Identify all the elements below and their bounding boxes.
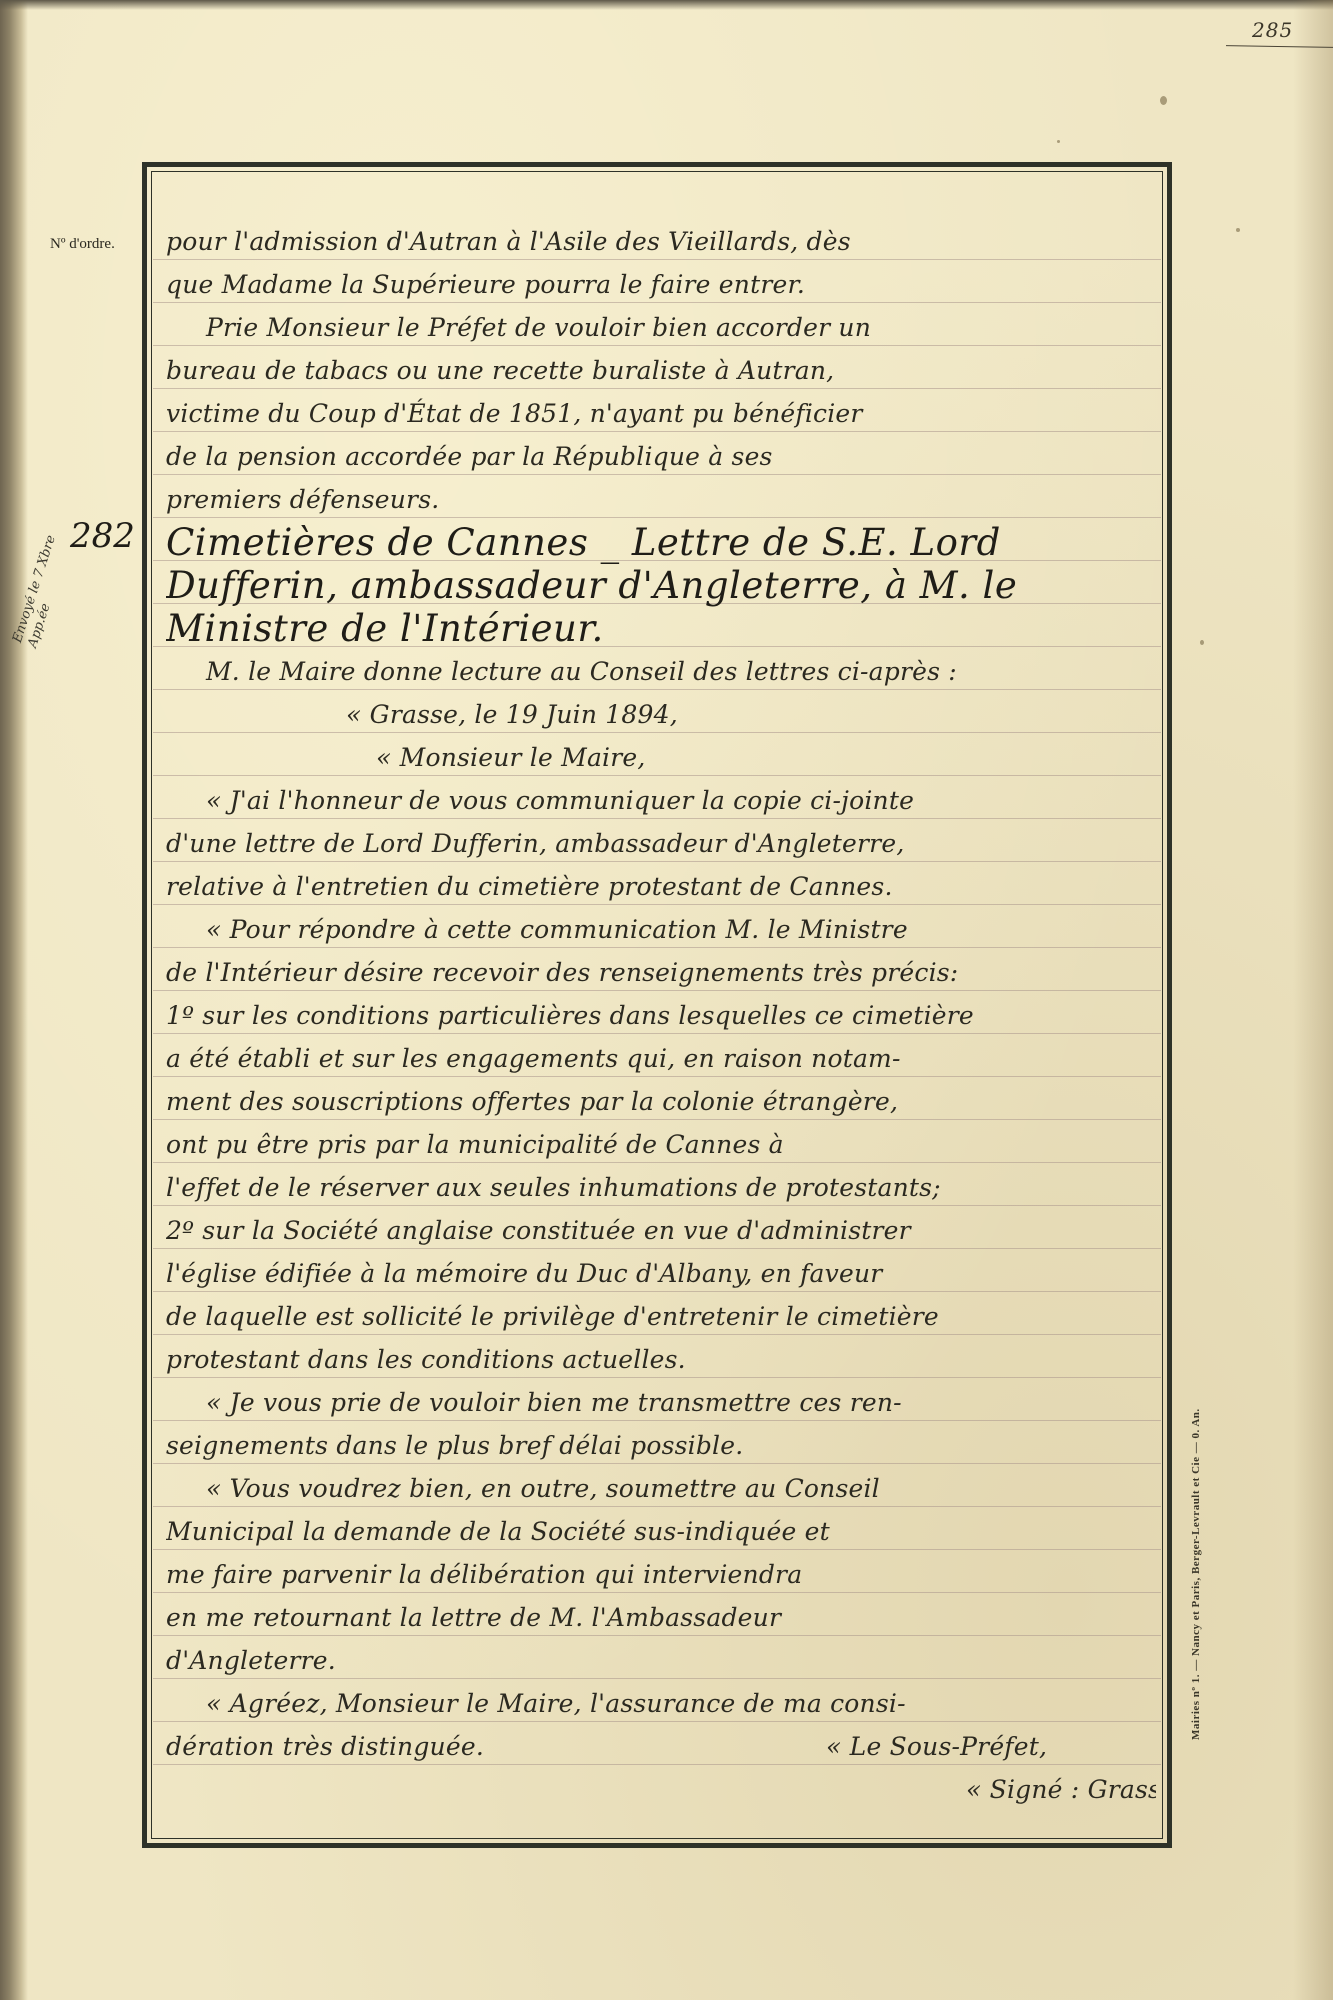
text-line: l'effet de le réserver aux seules inhuma… [166,1166,1156,1209]
text-line: d'Angleterre. [166,1639,1156,1682]
text-line: protestant dans les conditions actuelles… [166,1338,1156,1381]
text-line: Municipal la demande de la Société sus-i… [166,1510,1156,1553]
paper-speck [1200,640,1204,645]
printer-imprint: Mairies nº 1. — Nancy et Paris, Berger-L… [1190,1408,1202,1740]
text-line: en me retournant la lettre de M. l'Ambas… [166,1596,1156,1639]
text-line: me faire parvenir la délibération qui in… [166,1553,1156,1596]
page-top-edge [0,0,1333,10]
text-line: relative à l'entretien du cimetière prot… [166,865,1156,908]
signature-title: « Le Sous-Préfet, [826,1725,1047,1768]
entry-body: M. le Maire donne lecture au Conseil des… [166,650,1156,1811]
text-line: ment des souscriptions offertes par la c… [166,1080,1156,1123]
text-line: de laquelle est sollicité le privilège d… [166,1295,1156,1338]
binding-shadow [0,0,28,2000]
paper-speck [1160,96,1167,105]
signature: « Signé : Grassi. » [166,1768,1156,1811]
previous-entry-continuation: pour l'admission d'Autran à l'Asile des … [166,220,1156,521]
page-number: 285 [1252,18,1293,42]
letter-dateline: « Grasse, le 19 Juin 1894, [166,693,1156,736]
entry-title: Cimetières de Cannes _ Lettre de S.E. Lo… [166,521,1156,650]
closing-line: dération très distinguée. [166,1732,484,1761]
text-line: de la pension accordée par la République… [166,435,1156,478]
page-right-edge [1293,0,1333,2000]
ordre-column-label: Nº d'ordre. [50,236,115,253]
text-line: Prie Monsieur le Préfet de vouloir bien … [166,306,1156,349]
letter-salutation: « Monsieur le Maire, [166,736,1156,779]
text-line: seignements dans le plus bref délai poss… [166,1424,1156,1467]
entry-title-line: Cimetières de Cannes _ Lettre de S.E. Lo… [166,521,1156,564]
entry-title-line: Ministre de l'Intérieur. [166,607,1156,650]
closing-row: dération très distinguée. « Le Sous-Préf… [166,1725,1156,1768]
intro-line: M. le Maire donne lecture au Conseil des… [166,650,1156,693]
text-line: « J'ai l'honneur de vous communiquer la … [166,779,1156,822]
text-line: 1º sur les conditions particulières dans… [166,994,1156,1037]
text-line: victime du Coup d'État de 1851, n'ayant … [166,392,1156,435]
text-line: de l'Intérieur désire recevoir des rense… [166,951,1156,994]
text-line: a été établi et sur les engagements qui,… [166,1037,1156,1080]
text-line: que Madame la Supérieure pourra le faire… [166,263,1156,306]
text-line: 2º sur la Société anglaise constituée en… [166,1209,1156,1252]
text-line: « Pour répondre à cette communication M.… [166,908,1156,951]
paper-speck [1057,140,1060,143]
register-content: pour l'admission d'Autran à l'Asile des … [166,220,1156,1811]
text-line: d'une lettre de Lord Dufferin, ambassade… [166,822,1156,865]
text-line: bureau de tabacs ou une recette buralist… [166,349,1156,392]
text-line: l'église édifiée à la mémoire du Duc d'A… [166,1252,1156,1295]
text-line: premiers défenseurs. [166,478,1156,521]
text-line: pour l'admission d'Autran à l'Asile des … [166,220,1156,263]
text-line: « Vous voudrez bien, en outre, soumettre… [166,1467,1156,1510]
entry-number: 282 [70,516,135,556]
entry-title-line: Dufferin, ambassadeur d'Angleterre, à M.… [166,564,1156,607]
text-line: ont pu être pris par la municipalité de … [166,1123,1156,1166]
text-line: « Agréez, Monsieur le Maire, l'assurance… [166,1682,1156,1725]
text-line: « Je vous prie de vouloir bien me transm… [166,1381,1156,1424]
paper-speck [1236,228,1240,232]
